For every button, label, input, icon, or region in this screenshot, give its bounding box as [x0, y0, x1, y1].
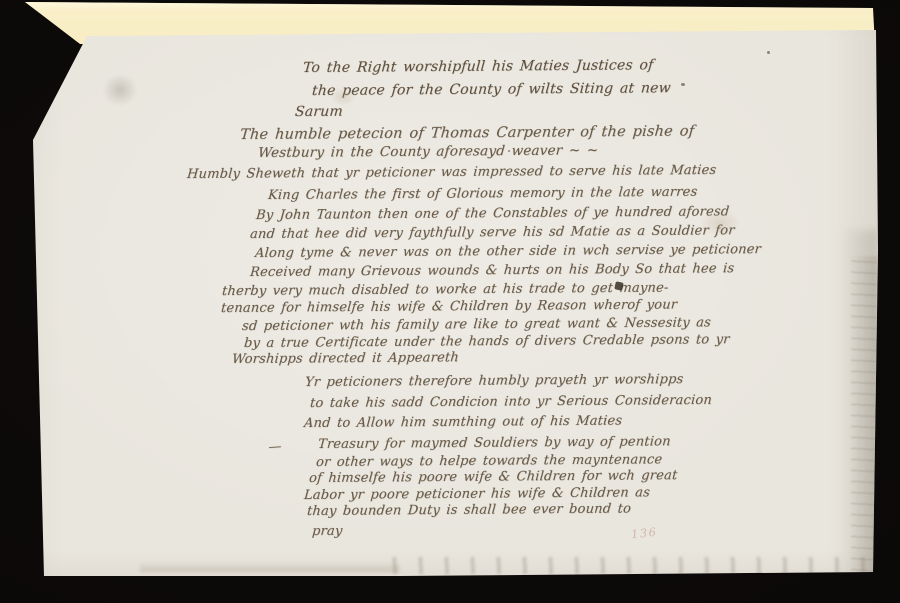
body-line-3: By John Taunton then one of the Constabl…	[255, 205, 729, 222]
ink-speck	[767, 51, 770, 54]
salutation-line-2: Westbury in the County aforesayd weaver …	[257, 144, 598, 160]
photo-background: To the Right worshipfull his Maties Just…	[0, 0, 900, 603]
body-line-11: Worshipps directed it Appeareth	[231, 351, 459, 366]
right-edge-stain	[851, 256, 877, 574]
prayer-line-2: to take his sadd Condicion into yr Serio…	[309, 394, 712, 410]
body-line-2: King Charles the first of Glorious memor…	[267, 186, 697, 202]
body-line-1: Humbly Sheweth that yr peticioner was im…	[186, 164, 716, 181]
salutation-line-1: The humble petecion of Thomas Carpenter …	[239, 124, 694, 142]
prayer-line-9: pray	[311, 525, 342, 538]
prayer-line-1: Yr peticioners therefore humbly prayeth …	[304, 373, 683, 389]
heading-line-3: Sarum	[294, 105, 343, 119]
folio-number: 136	[630, 525, 658, 542]
prayer-line-5: or other ways to helpe towards the maynt…	[315, 453, 662, 469]
body-line-9: sd peticioner wth his family are like to…	[241, 316, 711, 333]
prayer-line-7: Labor yr poore peticioner his wife & Chi…	[303, 486, 650, 502]
foxing-spot	[700, 210, 740, 236]
body-line-10: by a true Certificate under the hands of…	[243, 333, 730, 350]
smudge-stain	[103, 74, 137, 106]
foxing-spot	[330, 88, 356, 106]
body-line-4: and that hee did very faythfully serve h…	[249, 224, 735, 241]
prayer-line-4: Treasury for maymed Souldiers by way of …	[317, 435, 671, 451]
body-line-7: therby very much disabled to worke at hi…	[221, 281, 669, 298]
manuscript-page: To the Right worshipfull his Maties Just…	[0, 0, 900, 603]
underlay-fold-highlight	[25, 2, 875, 11]
prayer-line-6: of himselfe his poore wife & Children fo…	[308, 469, 677, 485]
body-line-5: Along tyme & never was on the other side…	[254, 243, 761, 260]
heading-line-1: To the Right worshipfull his Maties Just…	[302, 58, 654, 75]
ink-speck	[681, 83, 685, 86]
body-line-8: tenance for himselfe his wife & Children…	[220, 298, 677, 315]
bottom-edge-stain-left	[140, 562, 400, 572]
heading-line-2: the peace for the County of wilts Siting…	[311, 81, 671, 98]
ink-speck	[508, 150, 510, 152]
bottom-edge-stain	[380, 557, 874, 574]
body-line-6: Received many Grievous wounds & hurts on…	[249, 262, 734, 279]
prayer-line-8: thay bounden Duty is shall bee ever boun…	[306, 502, 631, 518]
prayer-line-3: And to Allow him sumthing out of his Mat…	[303, 414, 622, 430]
ink-blot	[614, 281, 623, 290]
